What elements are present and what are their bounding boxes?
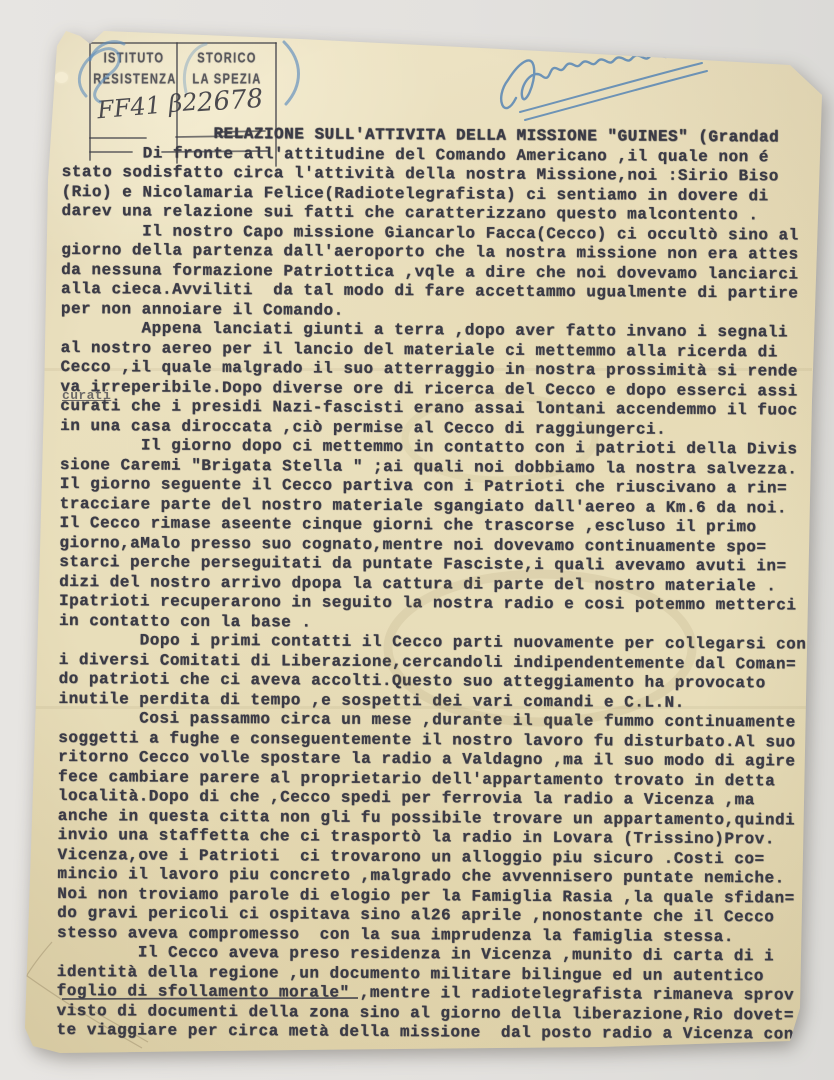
typewritten-line: te viaggiare per circa metà della missio… xyxy=(56,1021,816,1045)
stamp-shelfmark-handwritten: FF41 β2 xyxy=(96,88,199,125)
stamp-text: ISTITUTO xyxy=(93,48,174,69)
document-page: ISTITUTO RESISTENZA STORICO LA SPEZIA FF… xyxy=(0,0,834,1080)
stamp-number-handwritten: 2678 xyxy=(196,84,264,119)
typewritten-text: RELAZIONE SULL'ATTIVITA DELLA MISSIONE "… xyxy=(56,124,822,1045)
archive-stamp-cell-institute: ISTITUTO RESISTENZA xyxy=(93,48,174,90)
handwritten-signature xyxy=(501,47,707,120)
overtype-correction: curati xyxy=(62,388,111,403)
photo-background: ISTITUTO RESISTENZA STORICO LA SPEZIA FF… xyxy=(0,0,834,1080)
paper-flaw-spot xyxy=(55,72,68,83)
document-page-wrap: ISTITUTO RESISTENZA STORICO LA SPEZIA FF… xyxy=(0,0,834,1080)
blue-paren-mark-icon xyxy=(284,42,299,104)
stamp-text: RESISTENZA xyxy=(93,69,174,90)
stamp-text: STORICO xyxy=(181,48,272,69)
